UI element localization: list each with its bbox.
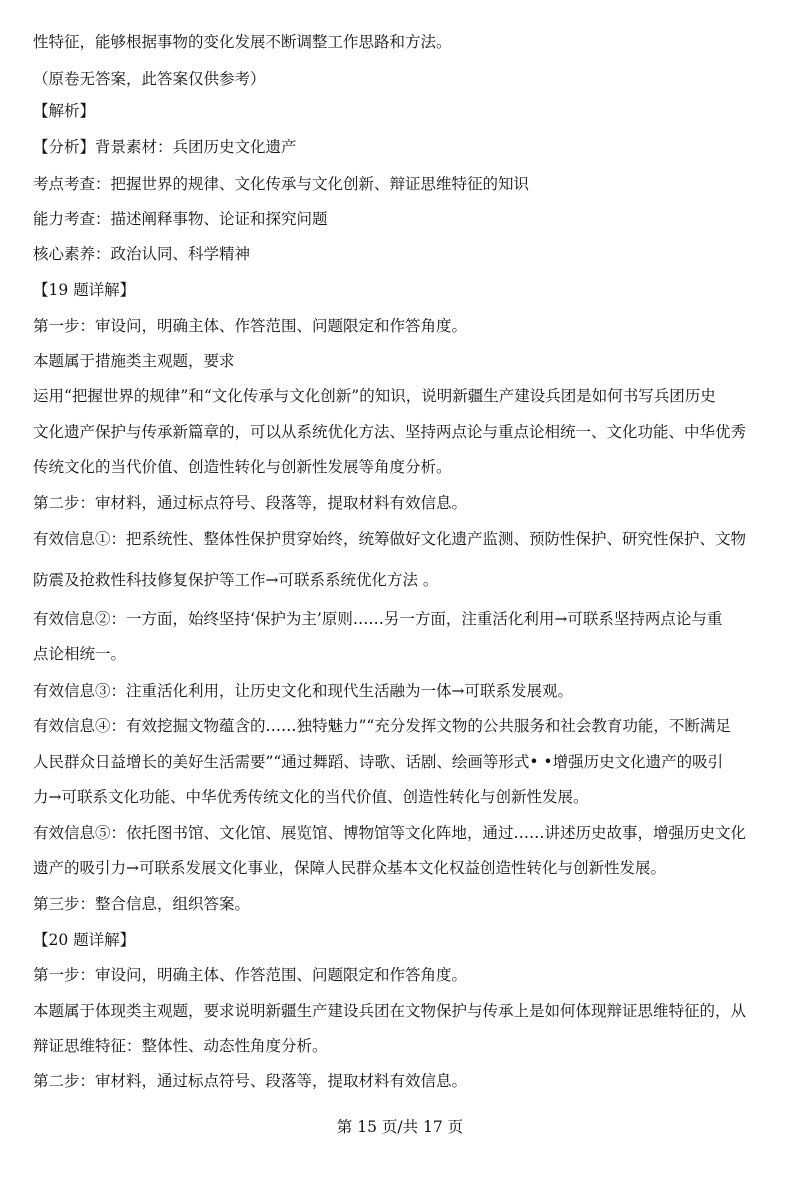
text-line-info3: 有效信息③：注重活化利用，让历史文化和现代生活融为一体→可联系发展观。 xyxy=(33,681,773,701)
document-page: 性特征，能够根据事物的变化发展不断调整工作思路和方法。 （原卷无答案，此答案仅供… xyxy=(0,0,800,1190)
section-heading-q19: 【19 题详解】 xyxy=(33,280,773,300)
text-line-info4-a: 有效信息④：有效挖掘文物蕴含的……独特魅力”“充分发挥文物的公共服务和社会教育功… xyxy=(33,716,773,736)
text-line-q19-req-1: 运用“把握世界的规律”和“文化传承与文化创新”的知识，说明新疆生产建设兵团是如何… xyxy=(33,386,773,406)
text-line-background: 【分析】背景素材：兵团历史文化遗产 xyxy=(33,137,773,157)
text-line-q20-step1: 第一步：审设问，明确主体、作答范围、问题限定和作答角度。 xyxy=(33,965,773,985)
text-line-q19-req-3: 传统文化的当代价值、创造性转化与创新性发展等角度分析。 xyxy=(33,457,773,477)
text-line-info1-b: 防震及抢救性科技修复保护等工作→可联系系统优化方法 。 xyxy=(33,570,773,590)
text-line-q19-type: 本题属于措施类主观题，要求 xyxy=(33,351,773,371)
text-line-q20-req-2: 辩证思维特征：整体性、动态性角度分析。 xyxy=(33,1036,773,1056)
text-line-info1-a: 有效信息①：把系统性、整体性保护贯穿始终，统筹做好文化遗产监测、预防性保护、研究… xyxy=(33,529,773,549)
text-line-info2-b: 点论相统一。 xyxy=(33,644,773,664)
text-line-q20-step2: 第二步：审材料，通过标点符号、段落等，提取材料有效信息。 xyxy=(33,1071,773,1091)
text-line-info5-a: 有效信息⑤：依托图书馆、文化馆、展览馆、博物馆等文化阵地，通过……讲述历史故事，… xyxy=(33,823,773,843)
section-heading-analysis: 【解析】 xyxy=(33,101,773,121)
section-heading-q20: 【20 题详解】 xyxy=(33,930,773,950)
text-line-continuation: 性特征，能够根据事物的变化发展不断调整工作思路和方法。 xyxy=(33,32,773,52)
text-line-info5-b: 遗产的吸引力→可联系发展文化事业，保障人民群众基本文化权益创造性转化与创新性发展… xyxy=(33,858,773,878)
text-line-info2-a: 有效信息②：一方面，始终坚持‘保护为主’原则……另一方面，注重活化利用→可联系坚… xyxy=(33,609,773,629)
text-line-info4-b: 人民群众日益增长的美好生活需要”“通过舞蹈、诗歌、话剧、绘画等形式• •增强历史… xyxy=(33,752,773,772)
text-line-literacy: 核心素养：政治认同、科学精神 xyxy=(33,244,773,264)
text-line-q19-step1: 第一步：审设问，明确主体、作答范围、问题限定和作答角度。 xyxy=(33,316,773,336)
text-line-q19-req-2: 文化遗产保护与传承新篇章的，可以从系统优化方法、坚持两点论与重点论相统一、文化功… xyxy=(33,422,773,442)
text-line-ability: 能力考查：描述阐释事物、论证和探究问题 xyxy=(33,209,773,229)
text-line-q20-req-1: 本题属于体现类主观题，要求说明新疆生产建设兵团在文物保护与传承上是如何体现辩证思… xyxy=(33,1001,773,1021)
text-line-q19-step2: 第二步：审材料，通过标点符号、段落等，提取材料有效信息。 xyxy=(33,493,773,513)
text-line-q19-step3: 第三步：整合信息，组织答案。 xyxy=(33,894,773,914)
page-number-footer: 第 15 页/共 17 页 xyxy=(0,1117,800,1137)
text-line-exam-points: 考点考查：把握世界的规律、文化传承与文化创新、辩证思维特征的知识 xyxy=(33,174,773,194)
text-line-info4-c: 力→可联系文化功能、中华优秀传统文化的当代价值、创造性转化与创新性发展。 xyxy=(33,787,773,807)
text-line-note: （原卷无答案，此答案仅供参考） xyxy=(33,69,773,89)
